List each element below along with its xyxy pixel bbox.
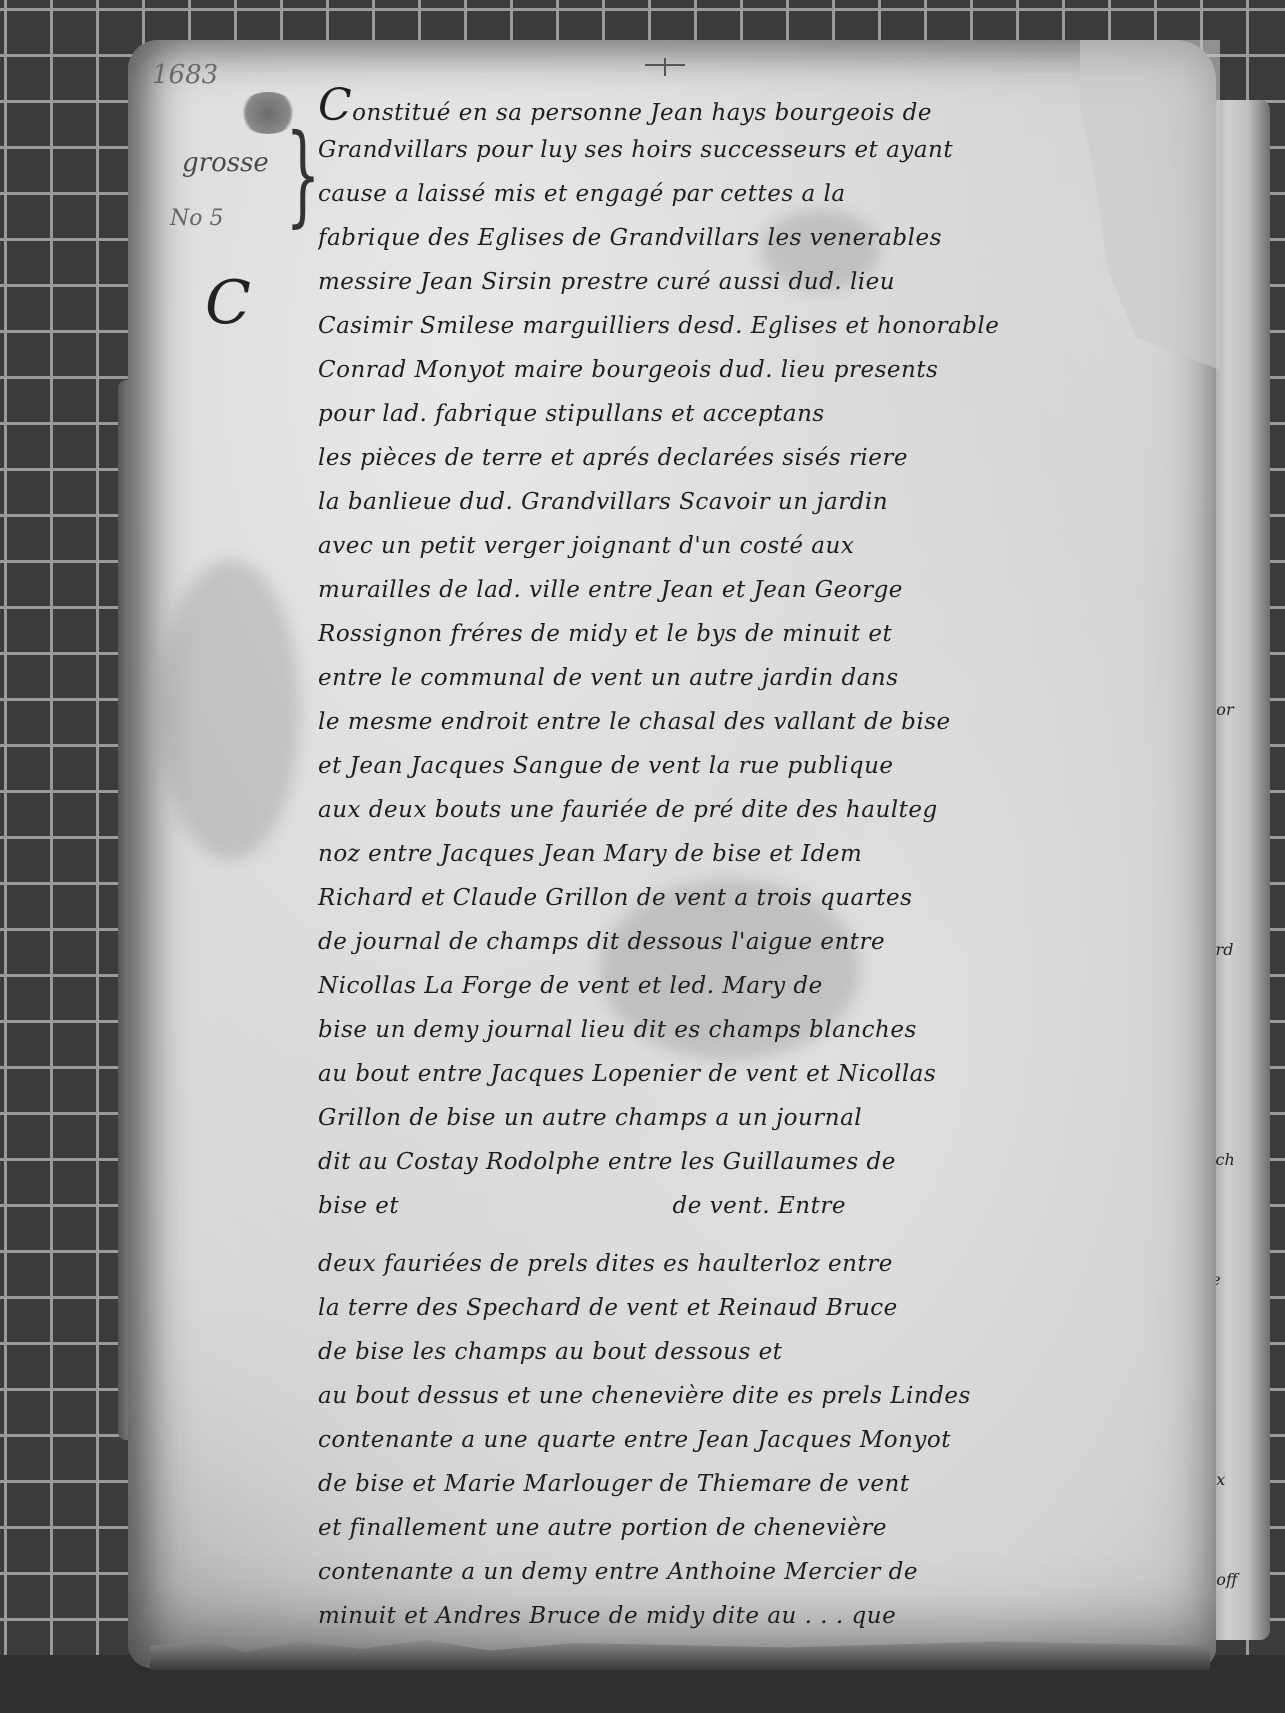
text-line: deux fauriées de prels dites es haulterl… <box>318 1242 1213 1286</box>
text-line: de bise et Marie Marlouger de Thiemare d… <box>318 1462 1213 1506</box>
water-stain <box>160 560 300 860</box>
text-line: Grillon de bise un autre champs a un jou… <box>318 1096 1213 1140</box>
text-line: la terre des Spechard de vent et Reinaud… <box>318 1286 1213 1330</box>
text-line: et Jean Jacques Sangue de vent la rue pu… <box>318 744 1213 788</box>
text-line: contenante a une quarte entre Jean Jacqu… <box>318 1418 1213 1462</box>
text-line: le mesme endroit entre le chasal des val… <box>318 700 1213 744</box>
text-line: contenante a un demy entre Anthoine Merc… <box>318 1550 1213 1594</box>
text-line: de bise les champs au bout dessous et <box>318 1330 1213 1374</box>
text-line: bise et de vent. Entre <box>318 1184 1213 1242</box>
text-line: les pièces de terre et aprés declarées s… <box>318 436 1213 480</box>
text-line: Constitué en sa personne Jean hays bourg… <box>318 84 1213 128</box>
text-line: Richard et Claude Grillon de vent a troi… <box>318 876 1213 920</box>
text-line: murailles de lad. ville entre Jean et Je… <box>318 568 1213 612</box>
text-line: minuit et Andres Bruce de midy dite au .… <box>318 1594 1213 1638</box>
text-line: Conrad Monyot maire bourgeois dud. lieu … <box>318 348 1213 392</box>
text-line: messire Jean Sirsin prestre curé aussi d… <box>318 260 1213 304</box>
manuscript-text: Constitué en sa personne Jean hays bourg… <box>318 84 1213 1638</box>
text-line: bise un demy journal lieu dit es champs … <box>318 1008 1213 1052</box>
text-line: cause a laissé mis et engagé par cettes … <box>318 172 1213 216</box>
text-line: la banlieue dud. Grandvillars Scavoir un… <box>318 480 1213 524</box>
text-line: pour lad. fabrique stipullans et accepta… <box>318 392 1213 436</box>
text-line: avec un petit verger joignant d'un costé… <box>318 524 1213 568</box>
text-line: noz entre Jacques Jean Mary de bise et I… <box>318 832 1213 876</box>
text-line: Nicollas La Forge de vent et led. Mary d… <box>318 964 1213 1008</box>
margin-initial: C <box>205 268 251 338</box>
text-line: au bout dessus et une chenevière dite es… <box>318 1374 1213 1418</box>
text-line: Rossignon fréres de midy et le bys de mi… <box>318 612 1213 656</box>
text-line: entre le communal de vent un autre jardi… <box>318 656 1213 700</box>
text-line: aux deux bouts une fauriée de pré dite d… <box>318 788 1213 832</box>
text-line: et finallement une autre portion de chen… <box>318 1506 1213 1550</box>
margin-label: grosse <box>182 148 269 178</box>
margin-number: No 5 <box>170 206 224 231</box>
text-line: Casimir Smilese marguilliers desd. Eglis… <box>318 304 1213 348</box>
text-line: au bout entre Jacques Lopenier de vent e… <box>318 1052 1213 1096</box>
brace-mark: } <box>286 110 321 238</box>
text-line: Grandvillars pour luy ses hoirs successe… <box>318 128 1213 172</box>
text-line: de journal de champs dit dessous l'aigue… <box>318 920 1213 964</box>
cross-mark <box>645 64 685 66</box>
text-line: dit au Costay Rodolphe entre les Guillau… <box>318 1140 1213 1184</box>
text-line: fabrique des Eglises de Grandvillars les… <box>318 216 1213 260</box>
margin-year: 1683 <box>152 60 218 90</box>
